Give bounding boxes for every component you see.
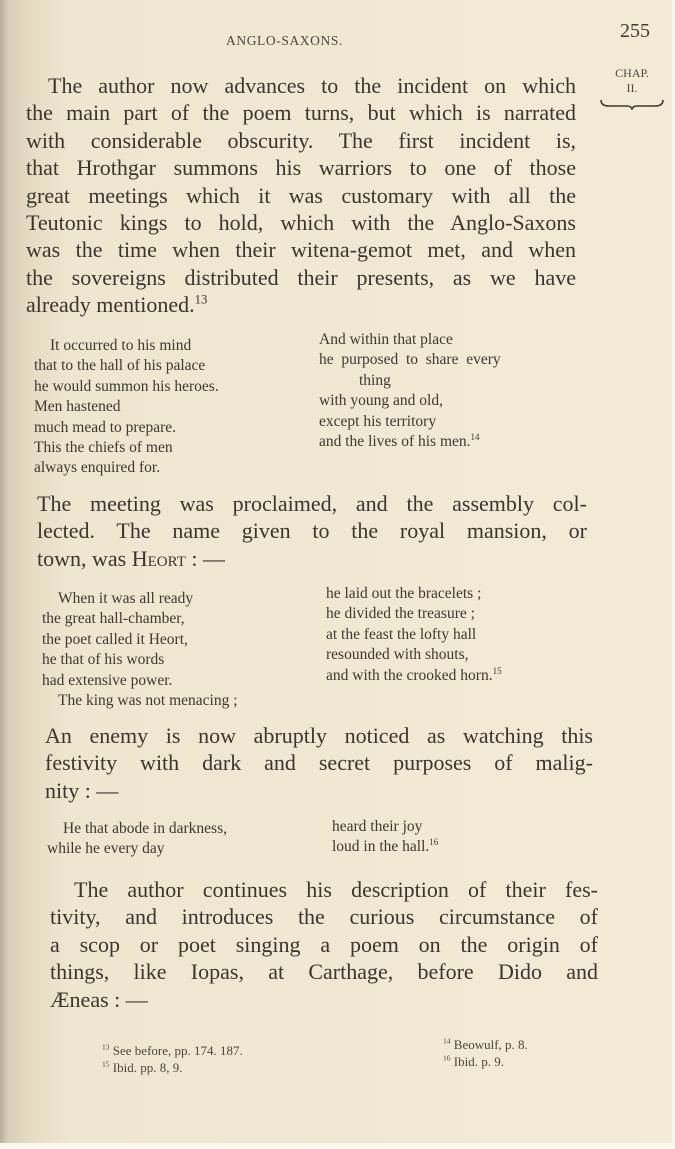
verse-line: always enquired for.: [34, 458, 219, 478]
running-head: ANGLO-SAXONS.: [226, 33, 343, 49]
verse-line: Men hastened: [34, 397, 219, 417]
text-line: town, was Heort : —: [37, 545, 587, 572]
verse-line: he that of his words: [42, 650, 238, 670]
text-line: An enemy is now abruptly noticed as watc…: [45, 722, 593, 749]
verse-line: that to the hall of his palace: [34, 356, 219, 376]
footnote-ref-13[interactable]: 13: [195, 293, 208, 307]
text-line: lected. The name given to the royal mans…: [37, 517, 587, 544]
text-line: was the time when their witena-gemot met…: [26, 236, 576, 263]
text-line: the main part of the poem turns, but whi…: [26, 99, 576, 126]
verse-2-left: When it was all ready the great hall-cha…: [42, 589, 238, 711]
page-number: 255: [620, 20, 650, 43]
text-line: The author continues his description of …: [50, 876, 598, 903]
paragraph-3: An enemy is now abruptly noticed as watc…: [45, 722, 593, 804]
verse-line: while he every day: [47, 839, 227, 859]
text-line-content: town, was: [37, 546, 132, 571]
text-line: festivity with dark and secret purposes …: [45, 749, 593, 776]
verse-line: And within that place: [319, 330, 501, 350]
verse-1-left: It occurred to his mind that to the hall…: [34, 336, 219, 479]
text-line: that Hrothgar summons his warriors to on…: [26, 154, 576, 181]
text-line: tivity, and introduces the curious circu…: [50, 903, 598, 930]
footnote-13: 13 See before, pp. 174. 187.: [102, 1042, 243, 1059]
verse-line: He that abode in darkness,: [47, 819, 227, 839]
footnote-number: 13: [102, 1043, 110, 1052]
text-line: The author now advances to the incident …: [26, 72, 576, 99]
verse-line: had extensive power.: [42, 671, 238, 691]
verse-line: the poet called it Heort,: [42, 630, 238, 650]
footnote-16: 16 Ibid. p. 9.: [443, 1053, 528, 1070]
text-line: great meetings which it was customary wi…: [26, 182, 576, 209]
paragraph-4: The author continues his description of …: [50, 876, 598, 1013]
footnotes-right: 14 Beowulf, p. 8. 16 Ibid. p. 9.: [443, 1036, 528, 1070]
footnote-ref-14[interactable]: 14: [471, 432, 480, 442]
footnote-15: 15 Ibid. pp. 8, 9.: [102, 1059, 243, 1076]
text-line: a scop or poet singing a poem on the ori…: [50, 931, 598, 958]
verse-line: resounded with shouts,: [326, 645, 502, 665]
footnote-text: Beowulf, p. 8.: [454, 1037, 528, 1052]
text-line: things, like Iopas, at Carthage, before …: [50, 958, 598, 985]
verse-line: he laid out the bracelets ;: [326, 584, 502, 604]
chapter-margin-note: CHAP. II.: [596, 66, 668, 110]
verse-line: at the feast the lofty hall: [326, 625, 502, 645]
paragraph-2: The meeting was proclaimed, and the asse…: [37, 490, 587, 572]
verse-line: loud in the hall.16: [332, 837, 438, 857]
verse-line: except his territory: [319, 412, 501, 432]
text-line: already mentioned.13: [26, 291, 576, 318]
place-name-heort: Heort: [132, 546, 186, 571]
footnote-ref-15[interactable]: 15: [493, 665, 502, 675]
verse-line: he purposed to share every: [319, 350, 501, 370]
text-line: with considerable obscurity. The first i…: [26, 127, 576, 154]
verse-2-right: he laid out the bracelets ; he divided t…: [326, 584, 502, 686]
text-line-content: already mentioned.: [26, 292, 195, 317]
verse-line: and with the crooked horn.15: [326, 666, 502, 686]
footnote-number: 14: [443, 1037, 451, 1046]
book-page: ANGLO-SAXONS. 255 CHAP. II. The author n…: [0, 0, 675, 1149]
text-line: Æneas : —: [50, 986, 598, 1013]
verse-line: heard their joy: [332, 817, 438, 837]
text-line: the sovereigns distributed their present…: [26, 264, 576, 291]
footnote-text: Ibid. pp. 8, 9.: [113, 1060, 183, 1075]
text-line-tail: : —: [186, 546, 225, 571]
verse-line-content: and with the crooked horn.: [326, 667, 493, 684]
chapter-label: CHAP.: [596, 66, 668, 81]
verse-line: The king was not menacing ;: [42, 691, 238, 711]
verse-line: he would summon his heroes.: [34, 377, 219, 397]
footnotes-left: 13 See before, pp. 174. 187. 15 Ibid. pp…: [102, 1042, 243, 1076]
verse-line: It occurred to his mind: [34, 336, 219, 356]
footnote-ref-16[interactable]: 16: [429, 837, 438, 847]
paragraph-1: The author now advances to the incident …: [26, 72, 576, 319]
footnote-14: 14 Beowulf, p. 8.: [443, 1036, 528, 1053]
verse-line: much mead to prepare.: [34, 418, 219, 438]
verse-line: and the lives of his men.14: [319, 432, 501, 452]
verse-line: the great hall-chamber,: [42, 609, 238, 629]
verse-line: with young and old,: [319, 391, 501, 411]
footnote-text: See before, pp. 174. 187.: [113, 1043, 243, 1058]
verse-line: When it was all ready: [42, 589, 238, 609]
verse-line-content: and the lives of his men.: [319, 433, 471, 450]
verse-line-content: loud in the hall.: [332, 838, 429, 855]
verse-1-right: And within that place he purposed to sha…: [319, 330, 501, 452]
text-line: nity : —: [45, 777, 593, 804]
footnote-number: 16: [443, 1054, 451, 1063]
verse-3-left: He that abode in darkness, while he ever…: [47, 819, 227, 860]
curly-brace-icon: [599, 98, 665, 110]
verse-line: thing: [319, 371, 501, 391]
footnote-text: Ibid. p. 9.: [454, 1054, 504, 1069]
text-line: The meeting was proclaimed, and the asse…: [37, 490, 587, 517]
verse-line: he divided the treasure ;: [326, 604, 502, 624]
verse-line: This the chiefs of men: [34, 438, 219, 458]
chapter-number: II.: [596, 81, 668, 96]
text-line: Teutonic kings to hold, which with the A…: [26, 209, 576, 236]
verse-3-right: heard their joy loud in the hall.16: [332, 817, 438, 858]
footnote-number: 15: [102, 1060, 110, 1069]
